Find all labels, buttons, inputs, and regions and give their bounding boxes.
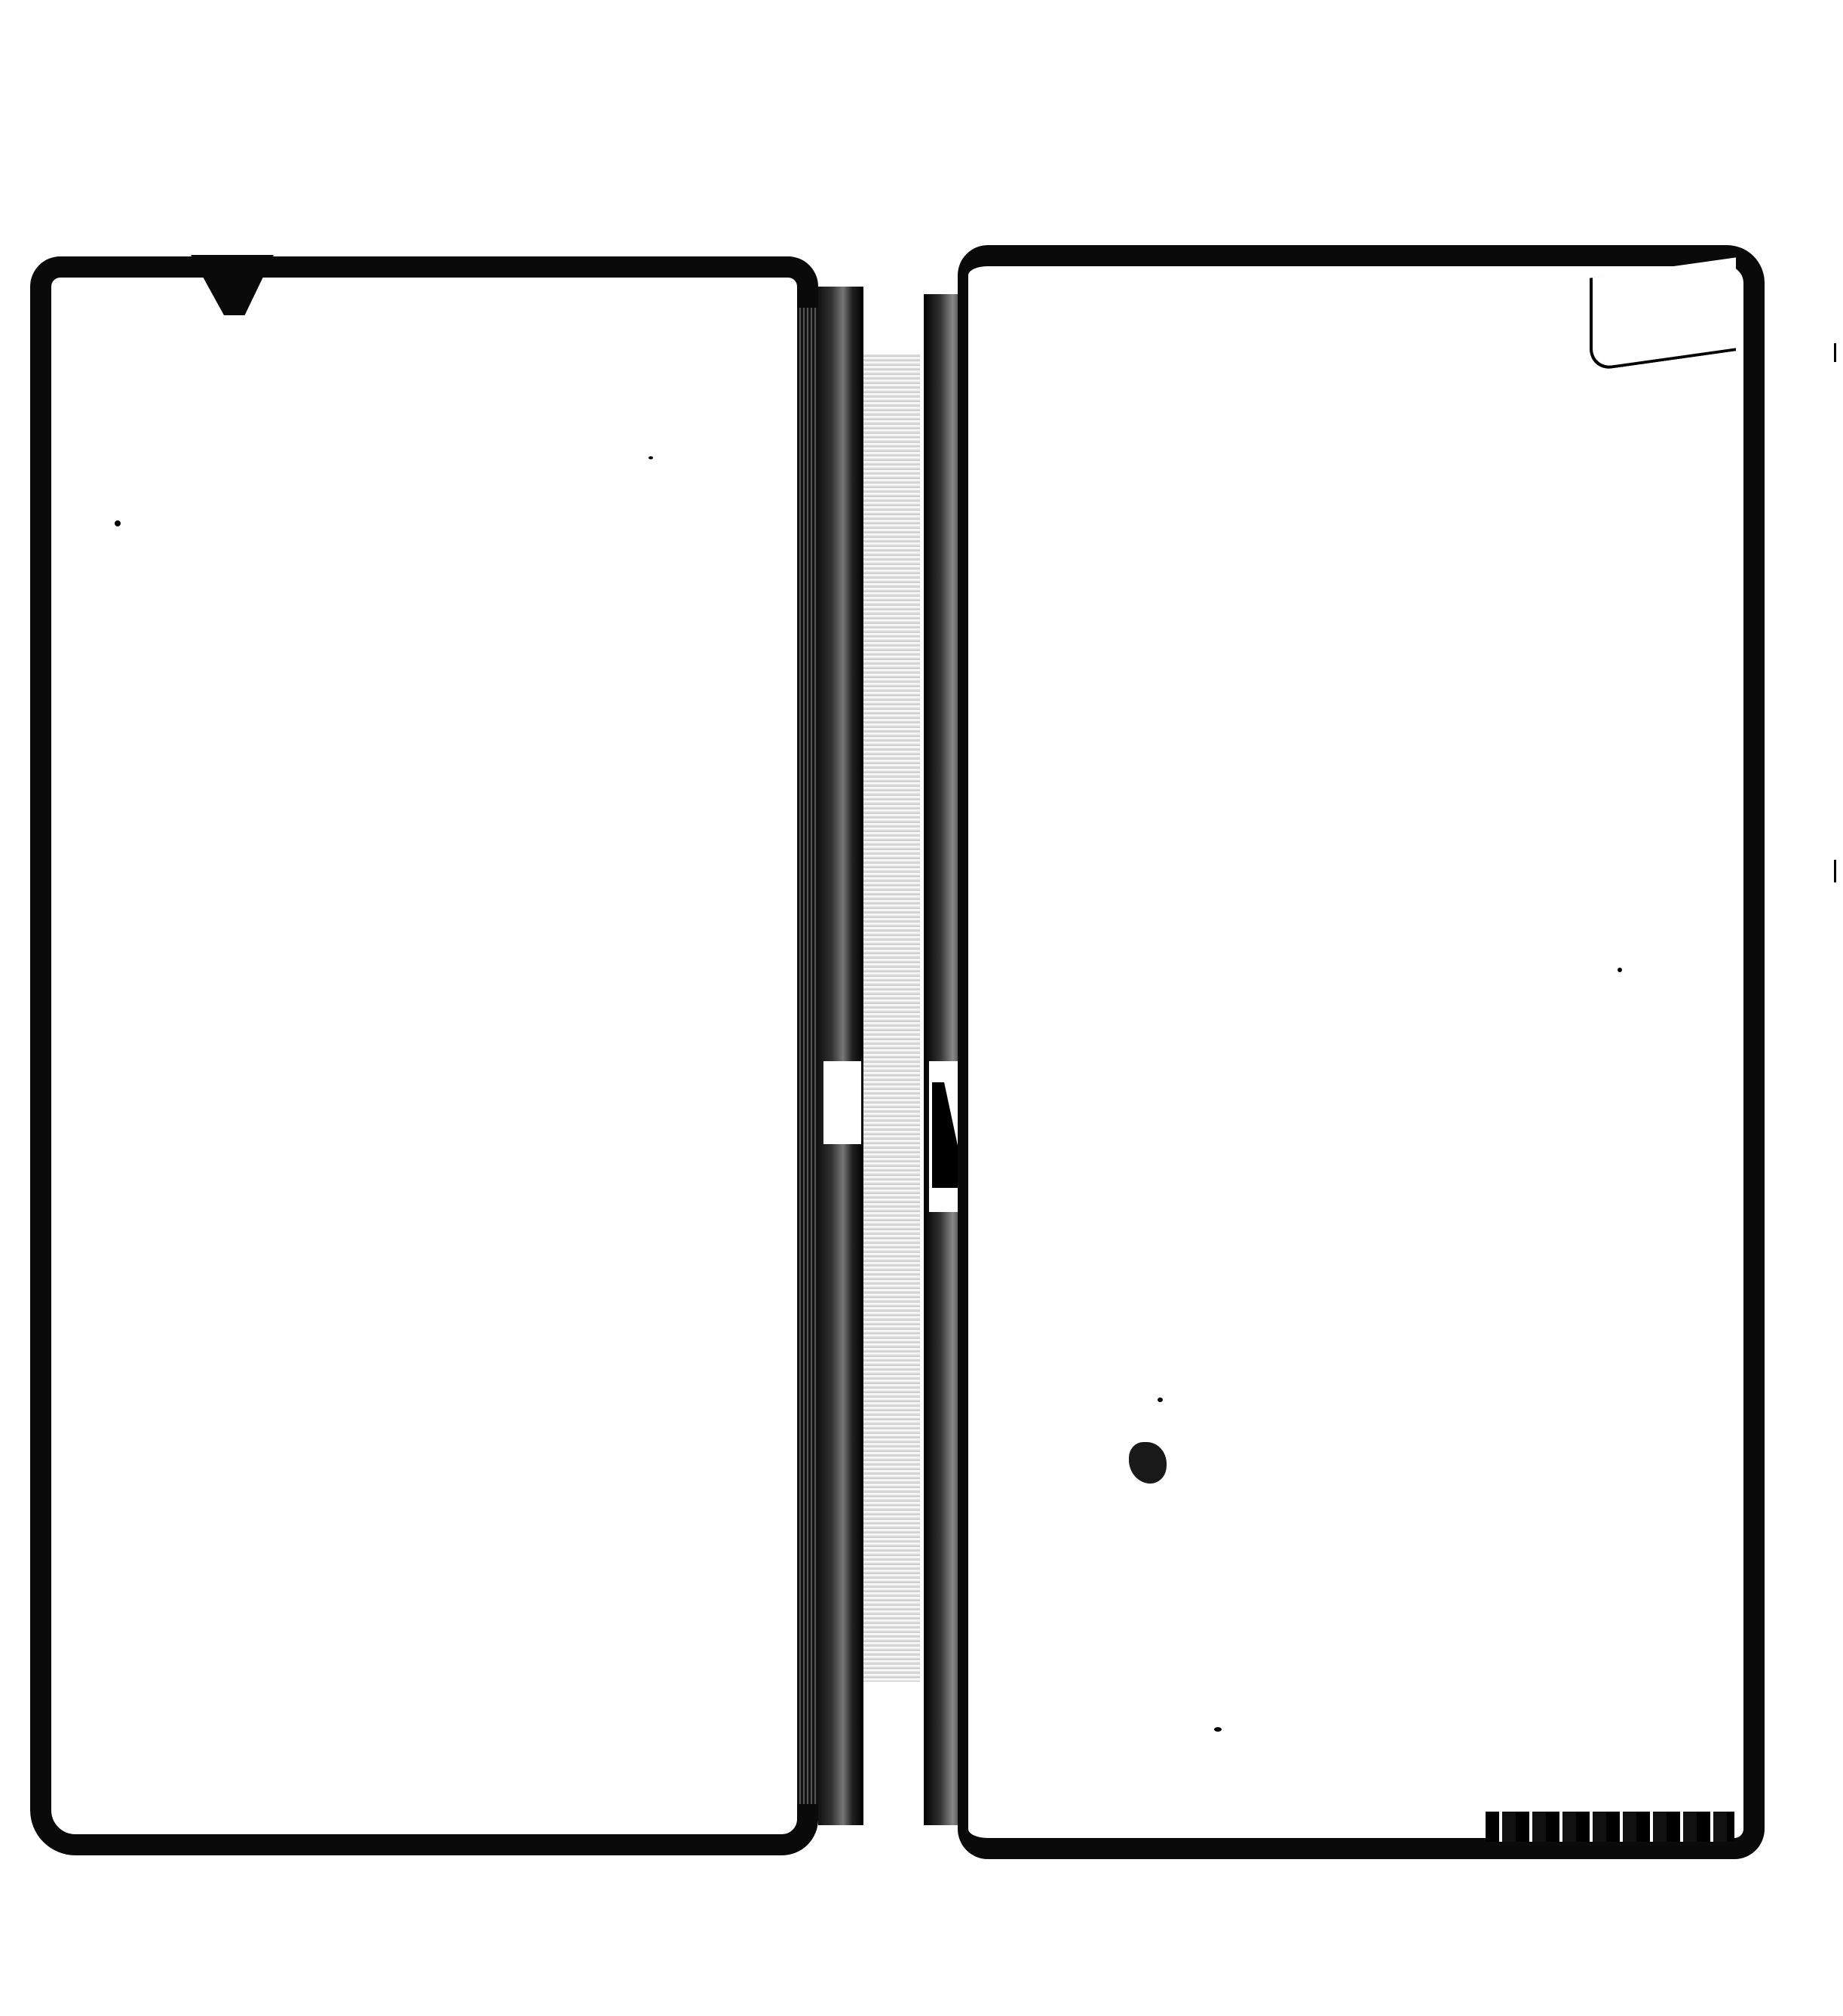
book-spine <box>863 354 920 1682</box>
scan-artifact <box>1834 343 1836 362</box>
page-notch-damage <box>191 255 274 315</box>
left-page-body <box>81 308 767 1804</box>
speck <box>1214 1727 1222 1732</box>
scan-artifact <box>1834 860 1836 882</box>
speck <box>649 456 653 459</box>
left-page-stack-edge <box>818 287 863 1825</box>
book-scan <box>0 0 1843 2016</box>
bottom-edge-wear <box>1486 1812 1734 1842</box>
right-page <box>958 245 1765 1859</box>
speck <box>1618 968 1622 972</box>
speck <box>1158 1398 1163 1402</box>
right-page-body <box>998 296 1713 1808</box>
spine-mark-left <box>823 1061 861 1144</box>
left-page <box>30 256 818 1855</box>
speck <box>115 520 121 526</box>
